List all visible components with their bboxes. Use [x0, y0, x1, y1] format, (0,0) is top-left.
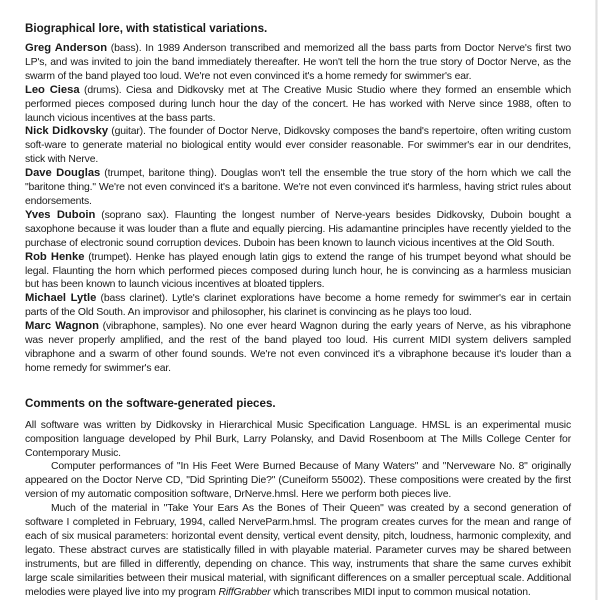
bio-name: Marc Wagnon — [25, 320, 99, 332]
bio-text: (trumpet, baritone thing). Douglas won't… — [25, 168, 571, 207]
bio-name: Michael Lytle — [25, 292, 96, 304]
bio-name: Greg Anderson — [25, 42, 107, 54]
bio-entry: Dave Douglas (trumpet, baritone thing). … — [25, 167, 571, 209]
paragraph-nerveparm: Much of the material in "Take Your Ears … — [25, 502, 571, 599]
bio-entry: Rob Henke (trumpet). Henke has played en… — [25, 251, 571, 293]
bio-name: Yves Duboin — [25, 209, 95, 221]
bio-name: Leo Ciesa — [25, 84, 80, 96]
document-page: Biographical lore, with statistical vari… — [25, 22, 571, 600]
bio-list: Greg Anderson (bass). In 1989 Anderson t… — [25, 42, 571, 376]
page-edge-shadow — [595, 0, 598, 600]
paragraph-text: which transcribes MIDI input to common m… — [271, 587, 531, 598]
paragraph-text: Much of the material in "Take Your Ears … — [25, 503, 571, 597]
bio-entry: Yves Duboin (soprano sax). Flaunting the… — [25, 209, 571, 251]
bio-text: (bass clarinet). Lytle's clarinet explor… — [25, 293, 571, 318]
bio-text: (drums). Ciesa and Didkovsky met at The … — [25, 85, 571, 124]
bio-text: (soprano sax). Flaunting the longest num… — [25, 210, 571, 249]
section-heading-software-comments: Comments on the software-generated piece… — [25, 397, 571, 411]
paragraph-computer-performances: Computer performances of "In His Feet We… — [25, 460, 571, 502]
paragraph-hmsl: All software was written by Didkovsky in… — [25, 419, 571, 461]
bio-name: Dave Douglas — [25, 167, 100, 179]
bio-entry: Marc Wagnon (vibraphone, samples). No on… — [25, 320, 571, 376]
section-spacer — [25, 376, 571, 397]
section-heading-biographical-lore: Biographical lore, with statistical vari… — [25, 22, 571, 36]
software-comments-section: Comments on the software-generated piece… — [25, 397, 571, 600]
bio-entry: Leo Ciesa (drums). Ciesa and Didkovsky m… — [25, 84, 571, 126]
bio-text: (bass). In 1989 Anderson transcribed and… — [25, 43, 571, 82]
bio-name: Rob Henke — [25, 251, 84, 263]
bio-entry: Greg Anderson (bass). In 1989 Anderson t… — [25, 42, 571, 84]
bio-entry: Michael Lytle (bass clarinet). Lytle's c… — [25, 292, 571, 320]
bio-name: Nick Didkovsky — [25, 125, 108, 137]
program-name-riffgrabber: RiffGrabber — [219, 587, 271, 598]
bio-text: (vibraphone, samples). No one ever heard… — [25, 321, 571, 374]
bio-text: (trumpet). Henke has played enough latin… — [25, 252, 571, 291]
bio-entry: Nick Didkovsky (guitar). The founder of … — [25, 125, 571, 167]
